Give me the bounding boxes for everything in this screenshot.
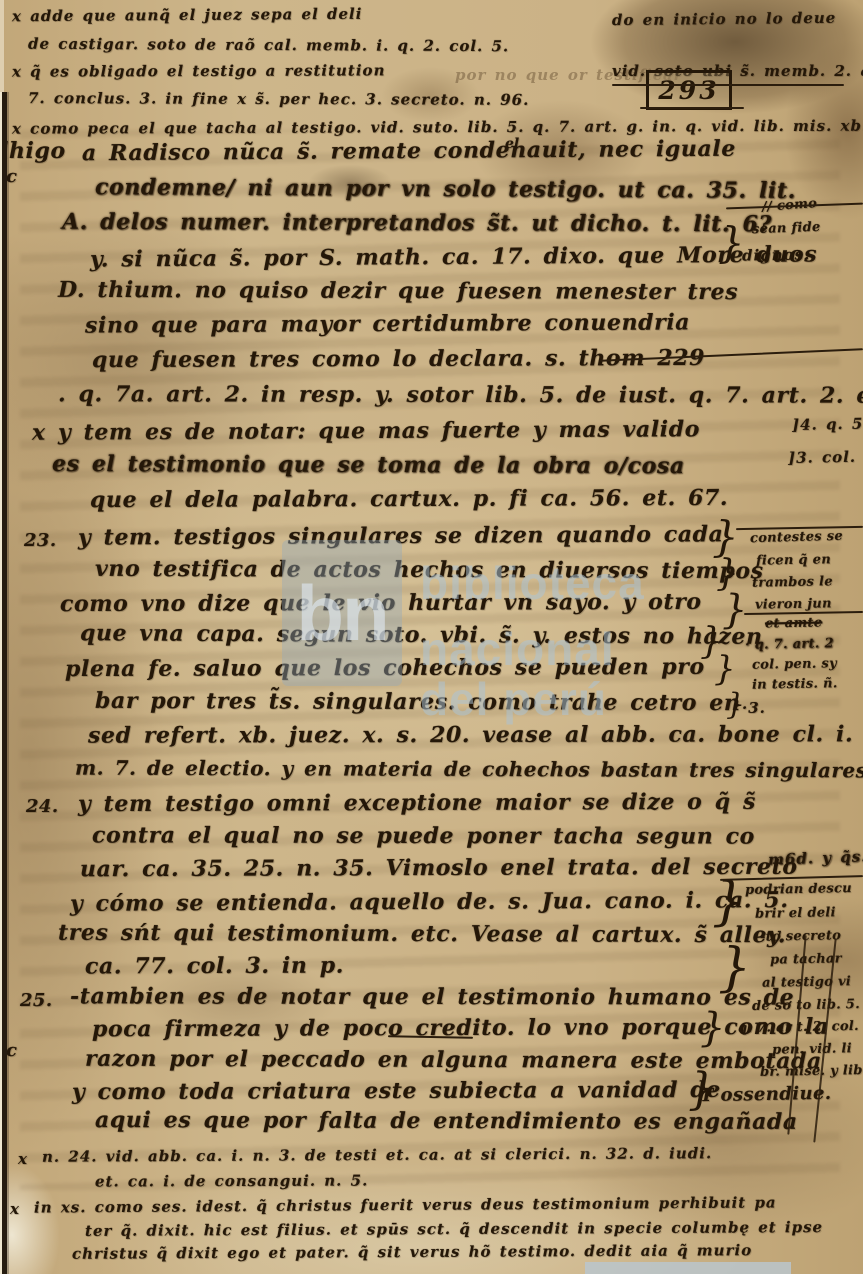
margin-note-struck: et amte xyxy=(765,616,823,632)
margin-note: -to secreto xyxy=(760,928,841,944)
margin-note: vieron jun xyxy=(755,596,832,612)
margin-note: br. mise. y lib xyxy=(760,1063,863,1080)
margin-note: sean fide xyxy=(752,220,821,237)
text-line: condemne/ ni aun por vn solo testigo. ut… xyxy=(95,174,796,204)
text-line: D. thium. no quiso dezir que fuesen mene… xyxy=(58,277,738,305)
brace-mark: } xyxy=(688,1068,716,1112)
margin-note: m6d. y q̃s. xyxy=(768,847,863,868)
text-line: bar por tres t̃s. singulares. como trahe… xyxy=(95,688,741,716)
text-line: a Radisco nũca s̃. remate condenauit, ne… xyxy=(82,136,736,167)
text-line: -tambien es de notar que el testimonio h… xyxy=(70,983,794,1010)
text-line: es el testimonio que se toma de la obra … xyxy=(52,451,685,479)
ink-rule xyxy=(640,107,744,109)
watermark-bottom-band xyxy=(585,1262,791,1274)
brace-mark: } xyxy=(722,590,747,630)
margin-note: trambos le xyxy=(752,574,833,590)
text-line: sed refert. xb. juez. x. s. 20. vease al… xyxy=(88,721,853,748)
text-line: y cómo se entienda. aquello de. s. Jua. … xyxy=(70,887,789,917)
footnote-line: christus q̃ dixit ego et pater. q̃ sit v… xyxy=(72,1241,752,1263)
ink-rule xyxy=(612,84,844,86)
footnote-line: in xs. como ses. idest. q̃ christus fuer… xyxy=(34,1193,777,1216)
manuscript-page: x adde que aunq̃ el juez sepa el deli do… xyxy=(0,0,863,1274)
margin-note: ·3. xyxy=(742,699,766,717)
text-line: y tem testigo omni exceptione maior se d… xyxy=(78,789,756,817)
brace-mark: } xyxy=(712,876,745,928)
section-number: 24. xyxy=(26,796,59,817)
text-line: m. 7. de electio. y en materia de cohech… xyxy=(75,756,863,783)
margin-note: dignos. xyxy=(742,245,811,264)
brace-mark: } xyxy=(700,1008,725,1048)
text-line: x y tem es de notar: que mas fuerte y ma… xyxy=(32,416,700,445)
margin-note: pen. vid. li xyxy=(772,1041,852,1057)
text-line: y tem. testigos singulares se dizen quan… xyxy=(78,521,724,550)
margin-note: contestes se xyxy=(750,529,843,546)
text-line: que el dela palabra. cartux. p. fi ca. 5… xyxy=(90,485,728,513)
brace-mark: } xyxy=(714,652,736,686)
top-note: x como peca el que tacha al testigo. vid… xyxy=(12,116,863,137)
brace-mark: } xyxy=(718,942,751,994)
top-note: 7. conclus. 3. in fine x s̃. per hec. 3.… xyxy=(28,89,529,109)
text-line: ca. 77. col. 3. in p. xyxy=(85,953,344,980)
x-mark: x xyxy=(18,1150,28,1168)
page-edge xyxy=(0,0,4,92)
margin-note: ]3. col. pen. xyxy=(788,447,863,467)
top-note: x q̃ es obligado el testigo a restitutio… xyxy=(12,61,386,80)
margin-note: brir el deli xyxy=(755,905,836,921)
text-line: y. si nũca s̃. por S. math. ca. 17. dixo… xyxy=(90,241,817,272)
margin-note: ficen q̃ en xyxy=(756,552,831,568)
footnote-line: et. ca. i. de consangui. n. 5. xyxy=(95,1172,368,1191)
text-line: que vna capa. segun soto. vbi. s̃. y. es… xyxy=(80,620,763,650)
top-note: de castigar. soto de raõ cal. memb. i. q… xyxy=(28,35,509,56)
top-note: x adde que aunq̃ el juez sepa el deli xyxy=(12,5,363,25)
footnote-line: ter q̃. dixit. hic est filius. et spūs s… xyxy=(85,1218,823,1240)
margin-note: col. pen. sy xyxy=(752,656,837,672)
text-line: tres sńt qui testimonium. etc. Vease al … xyxy=(58,920,786,949)
text-line: . q. 7a. art. 2. in resp. y. sotor lib. … xyxy=(58,381,863,409)
margin-note: T ossendiue. xyxy=(700,1083,832,1106)
text-line: A. delos numer. interpretandos s̃t. ut d… xyxy=(62,209,772,237)
margin-note: podrian descu xyxy=(745,881,852,898)
margin-note: · q. 7. art. 2 xyxy=(745,636,834,653)
brace-mark: } xyxy=(718,222,745,264)
text-line: sino que para mayor certidumbre conuendr… xyxy=(85,309,690,338)
page-binding-edge xyxy=(0,92,9,1274)
margin-note: de so to lib. 5. xyxy=(752,997,860,1014)
margin-note: ]4. q. 5. nt. xyxy=(792,414,863,434)
text-line: uar. ca. 35. 25. n. 35. Vimoslo enel tra… xyxy=(80,854,798,883)
section-number: 23. xyxy=(24,530,57,551)
text-line: plena fe. saluo que los cohechos se pued… xyxy=(65,654,705,682)
text-line: como vno dize que le vio hurtar vn sayo.… xyxy=(60,589,702,617)
brace-mark: } xyxy=(726,690,745,720)
margin-note: in testis. ñ. xyxy=(752,676,838,692)
text-line: y como toda criatura este subiecta a van… xyxy=(72,1077,721,1105)
margin-note: al testigo vi xyxy=(762,974,851,991)
brace-mark: } xyxy=(712,516,739,558)
text-line: contra el qual no se puede poner tacha s… xyxy=(92,822,755,849)
section-number: 25. xyxy=(20,990,53,1011)
top-note: do en inicio no lo deue xyxy=(612,9,836,29)
x-mark: x xyxy=(10,1200,20,1218)
text-line: vno testifica de actos hechos en diuerso… xyxy=(95,556,764,584)
page-number: 293 xyxy=(646,70,732,110)
ink-stroke xyxy=(813,938,836,1142)
left-cut-word: lhigo xyxy=(0,138,66,164)
footnote-line: n. 24. vid. abb. ca. i. n. 3. de testi e… xyxy=(42,1144,712,1166)
